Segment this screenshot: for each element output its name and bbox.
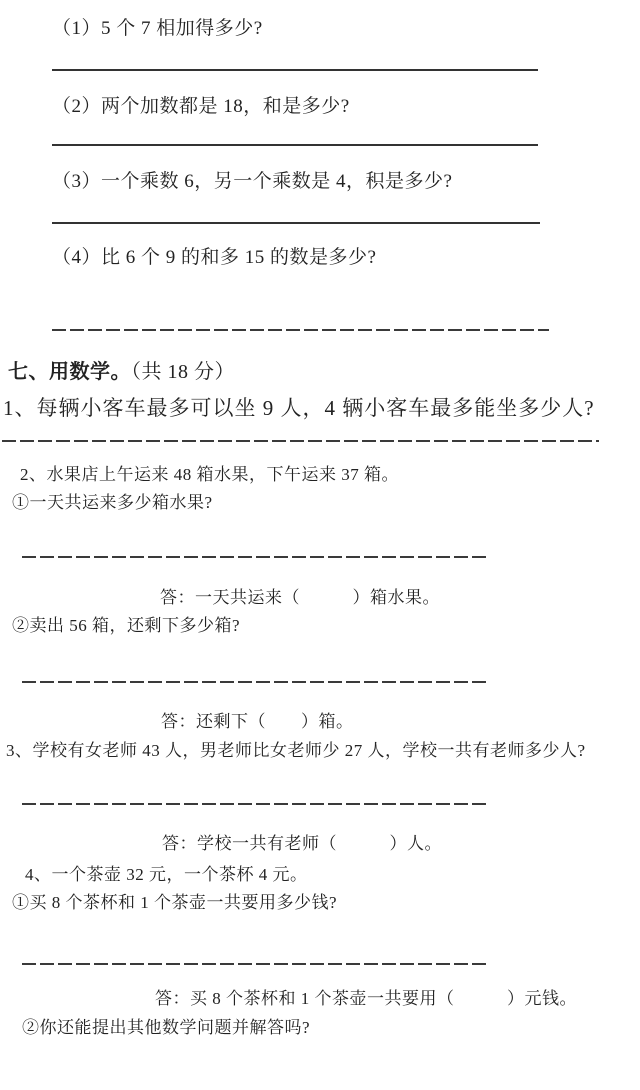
problem-4-subquestion-2: ②你还能提出其他数学问题并解答吗?: [22, 1013, 310, 1038]
answer-line-dashed: [52, 329, 549, 331]
question-3-text: （3）一个乘数 6，另一个乘数是 4，积是多少?: [52, 166, 452, 193]
section-heading: 七、用数学。（共 18 分）: [8, 355, 235, 384]
problem-2-subquestion-1: ①一天共运来多少箱水果?: [12, 488, 213, 513]
answer-line-dashed: [22, 803, 490, 805]
problem-2-text: 2、水果店上午运来 48 箱水果，下午运来 37 箱。: [20, 460, 399, 485]
answer-line-dashed: [2, 440, 599, 442]
problem-4-subquestion-1: ①买 8 个茶杯和 1 个茶壶一共要用多少钱?: [12, 888, 337, 913]
section-heading-score: （共 18 分）: [131, 361, 235, 383]
answer-line: [52, 222, 540, 224]
worksheet-page: （1）5 个 7 相加得多少? （2）两个加数都是 18，和是多少? （3）一个…: [0, 0, 640, 1090]
problem-2-subquestion-2: ②卖出 56 箱，还剩下多少箱?: [12, 611, 240, 636]
answer-line-dashed: [22, 681, 490, 683]
problem-2-answer-1: 答：一天共运来（ ）箱水果。: [160, 583, 440, 608]
answer-line: [52, 69, 538, 71]
problem-4-answer-1: 答：买 8 个茶杯和 1 个茶壶一共要用（ ）元钱。: [155, 984, 577, 1009]
problem-2-answer-2: 答：还剩下（ ）箱。: [161, 707, 354, 732]
problem-3-text: 3、学校有女老师 43 人，男老师比女老师少 27 人，学校一共有老师多少人?: [6, 736, 586, 761]
answer-line: [52, 144, 538, 146]
problem-4-text: 4、一个茶壶 32 元，一个茶杯 4 元。: [25, 860, 308, 885]
problem-3-answer: 答：学校一共有老师（ ）人。: [162, 829, 442, 854]
answer-line-dashed: [22, 963, 490, 965]
section-heading-title: 七、用数学。: [8, 361, 131, 383]
problem-1-text: 1、每辆小客车最多可以坐 9 人，4 辆小客车最多能坐多少人?: [3, 392, 595, 422]
question-2-text: （2）两个加数都是 18，和是多少?: [52, 91, 350, 118]
question-4-text: （4）比 6 个 9 的和多 15 的数是多少?: [52, 242, 376, 269]
answer-line-dashed: [22, 556, 490, 558]
question-1-text: （1）5 个 7 相加得多少?: [52, 13, 263, 40]
